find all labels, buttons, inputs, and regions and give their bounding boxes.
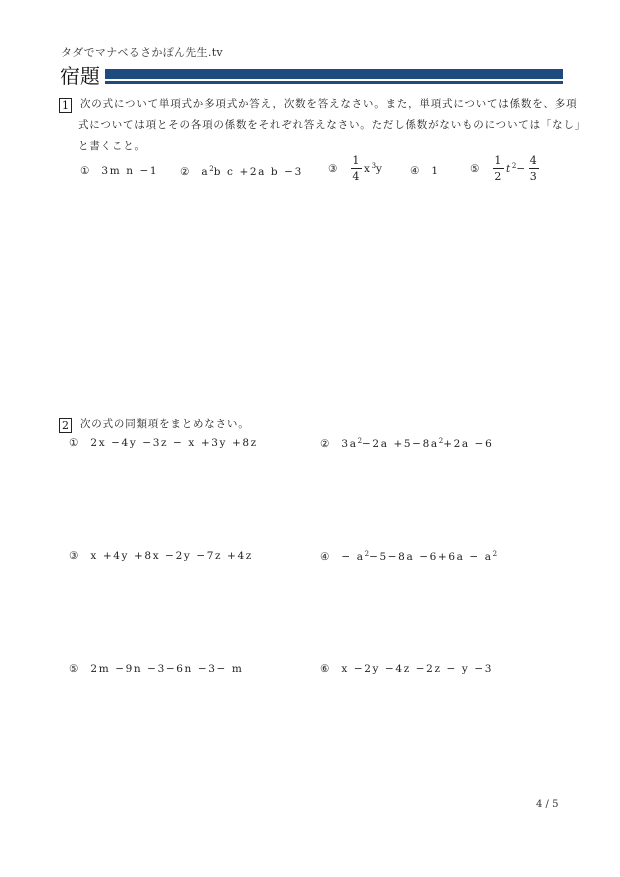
expression-part: x (364, 163, 372, 175)
q2-item-5: ⑤2m −9n −3−6n −3− m (69, 663, 243, 675)
expression: 3m n −1 (101, 165, 158, 177)
q1-item-3: ③14x3y (328, 155, 384, 183)
q2-item-4: ④− a2−5−8a −6+6a − a2 (320, 550, 497, 563)
expression-part: +2a −6 (443, 438, 493, 450)
q2-item-2: ②3a2−2a +5−8a2+2a −6 (320, 437, 493, 450)
exponent: 2 (493, 550, 497, 558)
q1-item-5: ⑤12t2−43 (470, 155, 541, 183)
item-label: ④ (410, 165, 419, 177)
item-label: ⑤ (69, 663, 78, 675)
expression: 2x −4y −3z − x +3y +8z (90, 437, 257, 449)
heading-bar-thin (105, 81, 563, 84)
page-number: 4 / 5 (536, 799, 558, 810)
question-number-box: 1 (59, 98, 72, 113)
item-label: ② (180, 166, 189, 178)
item-label: ① (80, 165, 89, 177)
item-label: ④ (320, 551, 329, 563)
expression-part: −2a +5−8a (362, 438, 439, 450)
denominator: 2 (494, 169, 503, 183)
q2-item-3: ③x +4y +8x −2y −7z +4z (69, 550, 253, 562)
q1-item-1: ①3m n −1 (80, 165, 158, 177)
question-number-box: 2 (59, 418, 72, 433)
heading-bar-thick (105, 69, 563, 79)
expression: x −2y −4z −2z − y −3 (341, 663, 493, 675)
expression-part: − a (341, 551, 364, 563)
site-title: タダでマナベるさかぽん先生.tv (61, 44, 223, 60)
expression: 1 (431, 165, 439, 177)
numerator: 1 (493, 155, 504, 169)
operator: − (516, 163, 526, 175)
q1-instruction-line1: 次の式について単項式か多項式か答え，次数を答えなさい。また，単項式については係数… (80, 94, 577, 115)
item-label: ③ (69, 550, 78, 562)
q1-item-2: ②a2b c +2a b −3 (180, 165, 303, 178)
q1-item-4: ④1 (410, 165, 440, 177)
page-heading: 宿題 (60, 64, 100, 88)
q2-item-1: ①2x −4y −3z − x +3y +8z (69, 437, 258, 449)
numerator: 1 (351, 155, 362, 169)
denominator: 4 (352, 169, 361, 183)
expression: x +4y +8x −2y −7z +4z (90, 550, 252, 562)
q2-instruction: 次の式の同類項をまとめなさい。 (80, 414, 250, 435)
expression-part: y (376, 163, 384, 175)
item-label: ⑤ (470, 163, 479, 175)
numerator: 4 (529, 155, 540, 169)
expression-part: 3a (341, 438, 357, 450)
item-label: ② (320, 438, 329, 450)
fraction: 14 (351, 155, 362, 183)
item-label: ① (69, 437, 78, 449)
q1-instruction-line3: と書くこと。 (78, 136, 146, 157)
fraction: 43 (529, 155, 540, 183)
expression-part: b c +2a b −3 (214, 166, 303, 178)
expression: 2m −9n −3−6n −3− m (90, 663, 243, 675)
fraction: 12 (493, 155, 504, 183)
item-label: ③ (328, 163, 337, 175)
q1-instruction-line2: 式については項とその各項の係数をそれぞれ答えなさい。ただし係数がないものについて… (78, 115, 586, 136)
expression-part: −5−8a −6+6a − a (369, 551, 493, 563)
denominator: 3 (530, 169, 539, 183)
item-label: ⑥ (320, 663, 329, 675)
q2-item-6: ⑥x −2y −4z −2z − y −3 (320, 663, 493, 675)
